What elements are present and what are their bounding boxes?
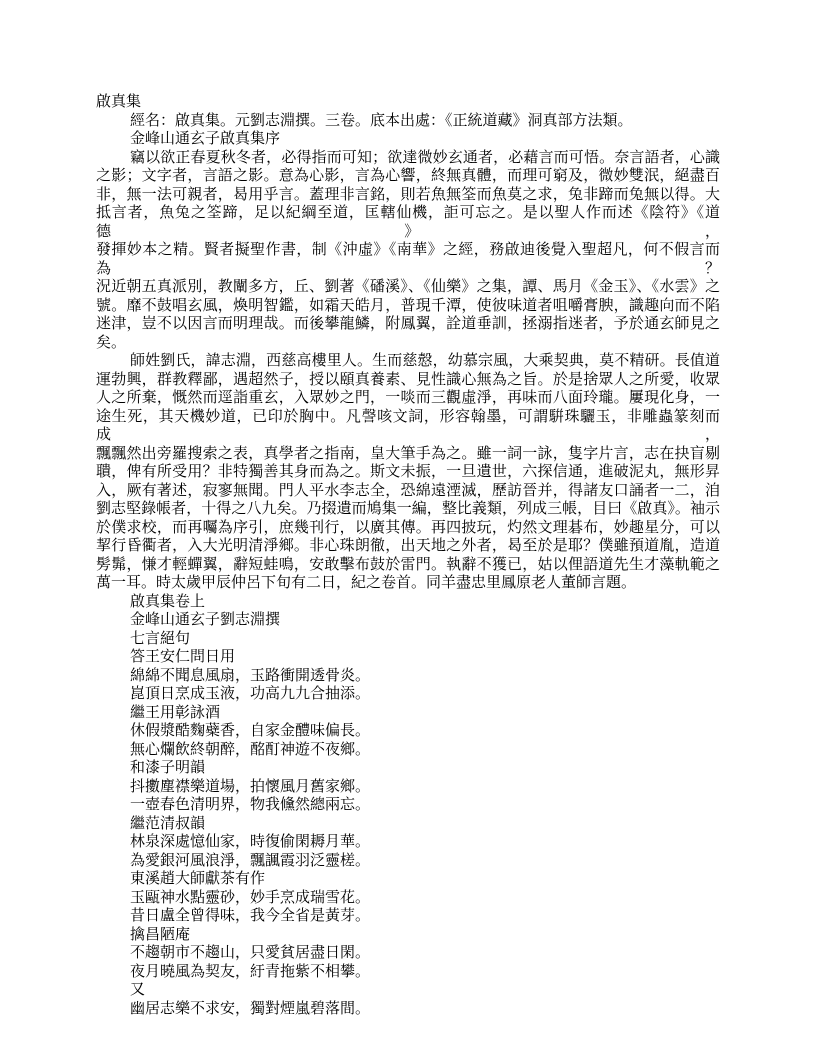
prose-line: 飄飄然出旁羅搜索之表，真學者之指南，皇大筆手為之。雖一詞一詠，隻字片言，志在抉盲… — [96, 445, 720, 464]
prose-line: 挈行昏衢者，入大光明清淨鄉。非心珠朗徹，出天地之外者，曷至於是耶？僕雖預道胤，造… — [96, 537, 720, 556]
prose-line: 師姓劉氏，諱志淵，西慈高樓里人。生而慈慤，幼慕宗風，大乘契典，莫不精研。長值道 — [96, 352, 720, 371]
poem-title: 繼范清叔韻 — [96, 815, 720, 834]
prose-line: 號。靡不鼓唱玄風，煥明智鑑，如霜天皓月，普現千潭，使彼味道者咀嚼膏腴，識趣向而不… — [96, 297, 720, 316]
prose-line: 矣。 — [96, 334, 720, 353]
prose-line: 況近朝五真派別，教闡多方，丘、劉著《磻溪》、《仙樂》之集，譚、馬月《金玉》、《水… — [96, 278, 720, 297]
prose-line: 發揮妙本之精。賢者擬聖作書，制《沖虛》《南華》之經，務啟迪後覺入聖超凡，何不假言… — [96, 241, 720, 278]
prose-line: 萬一耳。時太歲甲辰仲呂下旬有二日，紀之卷首。同羊盡忠里鳳原老人董師言題。 — [96, 574, 720, 593]
prose-line: 入，厥有著述，寂寥無聞。門人平水李志全，恐綿遠湮滅，歷訪晉并，得諸友口誦者一二，… — [96, 482, 720, 501]
poem-line: 林泉深處憶仙家，時復偷閑耨月華。 — [96, 833, 720, 852]
poem-line: 為愛銀河風浪淨，飄諷霞羽泛靈槎。 — [96, 852, 720, 871]
prose-line: 人之所棄，慨然而逕詣重玄，入眾妙之門，一啖而三觀虛淨，再味而八面玲瓏。屢現化身，… — [96, 389, 720, 408]
prose-line: 運勃興，群教釋鄙，遇超然子，授以頤真養素、見性識心無為之旨。於是捨眾人之所愛，收… — [96, 371, 720, 390]
prose-line: 髣髴，慊才輕蟬翼，辭短蛙鳴，安敢擊布鼓於雷門。執辭不獲已，姑以俚語道先生才藻軌範… — [96, 556, 720, 575]
prose-line: 非，無一法可親者，曷用乎言。蓋理非言銘，則若魚無筌而魚莫之求，兔非蹄而兔無以得。… — [96, 186, 720, 205]
poem-line: 幽居志樂不求安，獨對煙嵐碧落間。 — [96, 1000, 720, 1019]
poem-title: 和漆子明韻 — [96, 759, 720, 778]
poem-line: 一壺春色清明界，物我儵然總兩忘。 — [96, 796, 720, 815]
prose-line: 聵，俾有所受用？非特獨善其身而為之。斯文未振，一旦遺世，六探信通，進破泥丸，無形… — [96, 463, 720, 482]
prose-line: 於僕求校，而再囑為序引，庶幾刊行，以廣其傳。再四披玩，灼然文理碁布，妙趣星分，可… — [96, 519, 720, 538]
poem-line: 不趨朝市不趨山，只愛貧居盡日閑。 — [96, 944, 720, 963]
poem-title: 繼王用彰詠酒 — [96, 704, 720, 723]
prose-line: 抵言者，魚兔之筌蹄，足以紀綱至道，匡轄仙機，詎可忘之。是以聖人作而述《陰符》《道… — [96, 204, 720, 241]
poem-line: 綿綿不聞息風扇，玉路衝開透骨炎。 — [96, 667, 720, 686]
edition-note: 經名：啟真集。元劉志淵撰。三卷。底本出處：《正統道藏》洞真部方法類。 — [96, 112, 720, 131]
poem-title: 東溪趙大師獻茶有作 — [96, 870, 720, 889]
prose-line: 劉志堅錄帳者，十得之八九矣。乃掇遺而鳩集一編，整比義類，列成三帳，目曰《啟真》。… — [96, 500, 720, 519]
poem-line: 夜月曉風為契友，紆青拖紫不相攀。 — [96, 963, 720, 982]
poem-line: 玉甌神水點靈砂，妙手烹成瑞雪花。 — [96, 889, 720, 908]
poem-line: 無心爛飲終朝醉，酩酊神遊不夜鄉。 — [96, 741, 720, 760]
poem-title: 答王安仁問日用 — [96, 648, 720, 667]
prose-line: 途生死，其天機妙道，已印於胸中。凡謦咳文詞，形容翰墨，可謂騈珠驪玉，非雕蟲篆刻而… — [96, 408, 720, 445]
prose-line: 之影；文字者，言語之影。意為心影，言為心響，終無真體，而理可窮及，微妙雙泯，絕盡… — [96, 167, 720, 186]
document-page: 啟真集經名：啟真集。元劉志淵撰。三卷。底本出處：《正統道藏》洞真部方法類。金峰山… — [0, 0, 816, 1056]
prose-line: 竊以欲正春夏秋冬者，必得指而可知；欲達微妙玄通者，必藉言而可悟。奈言語者，心識 — [96, 149, 720, 168]
document-title: 啟真集 — [96, 93, 720, 112]
poem-line: 休假漿酷麴蘗香，自家金醴味偏長。 — [96, 722, 720, 741]
poem-title: 擒昌陋庵 — [96, 926, 720, 945]
text-block: 啟真集經名：啟真集。元劉志淵撰。三卷。底本出處：《正統道藏》洞真部方法類。金峰山… — [0, 0, 816, 1018]
preface-heading: 金峰山通玄子啟真集序 — [96, 130, 720, 149]
volume-heading: 啟真集卷上 — [96, 593, 720, 612]
poem-line: 昔日盧全曾得味，我今全省是黃芽。 — [96, 907, 720, 926]
poem-line: 崑頂日烹成玉液，功高九九合抽添。 — [96, 685, 720, 704]
author-line: 金峰山通玄子劉志淵撰 — [96, 611, 720, 630]
poem-title: 又 — [96, 981, 720, 1000]
poem-line: 抖擻塵襟樂道場，拍懷風月舊家鄉。 — [96, 778, 720, 797]
prose-line: 迷津，豈不以因言而明理哉。而後攀龍鱗，附鳳翼，詮道垂訓，拯溺指迷者，予於通玄師見… — [96, 315, 720, 334]
section-heading: 七言絕句 — [96, 630, 720, 649]
